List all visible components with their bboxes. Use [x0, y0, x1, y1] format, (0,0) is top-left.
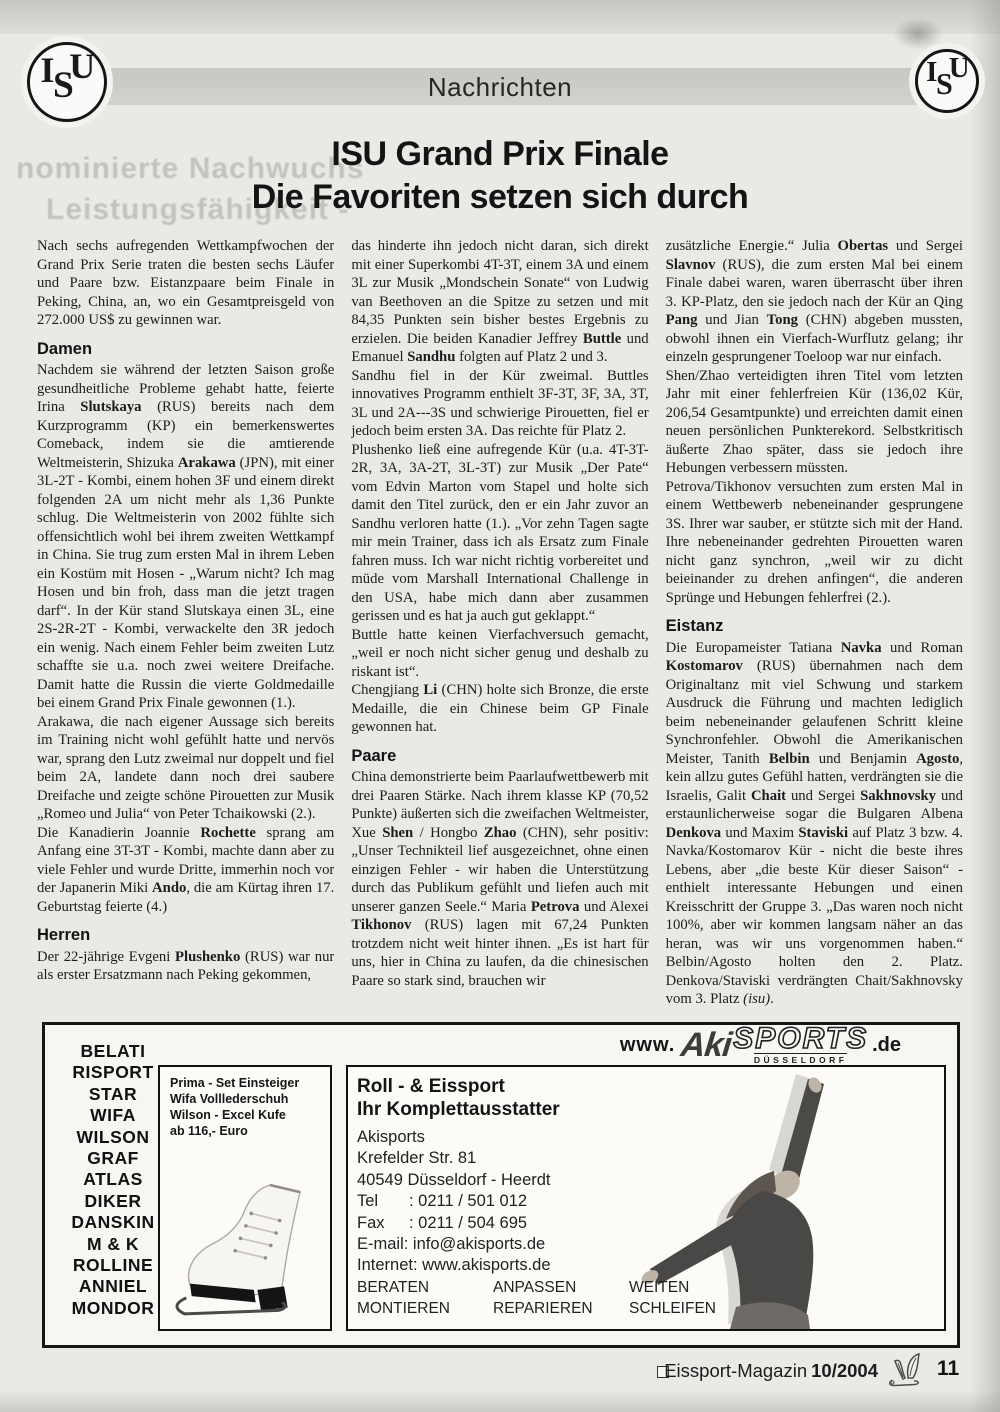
brand-item: STAR	[55, 1084, 171, 1105]
fax-value: : 0211 / 504 695	[409, 1214, 527, 1232]
brand-item: BELATI	[55, 1041, 171, 1062]
contact-tel: Tel: 0211 / 501 012	[357, 1191, 551, 1212]
service-item: REPARIEREN	[493, 1298, 629, 1319]
scan-shadow-bottom	[0, 1390, 1000, 1412]
brand-item: DANSKIN	[55, 1212, 171, 1233]
brand-item: ANNIEL	[55, 1276, 171, 1297]
contact-fax: Fax: 0211 / 504 695	[357, 1213, 551, 1234]
service-column: ANPASSENREPARIEREN	[493, 1277, 629, 1319]
article-column: Nach sechs aufregenden Wettkampfwochen d…	[37, 237, 334, 1023]
article-paragraph: Die Europameister Tatiana Navka und Roma…	[666, 639, 963, 1009]
brand-item: RISPORT	[55, 1062, 171, 1083]
article-column: zusätzliche Energie.“ Julia Obertas und …	[666, 237, 963, 1023]
magazine-issue: 10/2004	[811, 1360, 878, 1381]
article-paragraph: Arakawa, die nach eigener Aussage sich b…	[37, 713, 334, 824]
magazine-page: nominierte Nachwuchs Leistungsfähigkeit …	[0, 0, 1000, 1412]
contact-heading-line1: Roll - & Eissport	[357, 1075, 560, 1098]
article-paragraph: Der 22-jährige Evgeni Plushenko (RUS) wa…	[37, 948, 334, 985]
contact-street: Krefelder Str. 81	[357, 1148, 551, 1169]
services-list: BERATENMONTIERENANPASSENREPARIERENWEITEN…	[357, 1277, 765, 1319]
service-item: SCHLEIFEN	[629, 1298, 765, 1319]
article-paragraph: Buttle hatte keinen Vierfachversuch gema…	[351, 626, 648, 682]
article-paragraph: zusätzliche Energie.“ Julia Obertas und …	[666, 237, 963, 367]
brand-item: WIFA	[55, 1105, 171, 1126]
page-number: 11	[937, 1357, 959, 1381]
contact-box: Roll - & Eissport Ihr Komplettausstatter…	[346, 1065, 946, 1331]
article-paragraph: Chengjiang Li (CHN) holte sich Bronze, d…	[351, 681, 648, 737]
article-paragraph: Die Kanadierin Joannie Rochette sprang a…	[37, 824, 334, 917]
section-heading: Paare	[351, 747, 648, 766]
service-item: BERATEN	[357, 1277, 493, 1298]
brand-list: BELATIRISPORTSTARWIFAWILSONGRAFATLASDIKE…	[55, 1041, 171, 1319]
tel-value: : 0211 / 501 012	[409, 1192, 527, 1210]
service-column: BERATENMONTIEREN	[357, 1277, 493, 1319]
article-paragraph: China demonstrierte beim Paarlaufwettbew…	[351, 768, 648, 990]
product-line: Wifa Volllederschuh	[170, 1091, 299, 1107]
contact-heading: Roll - & Eissport Ihr Komplettausstatter	[357, 1075, 560, 1121]
ad-url-suffix: .de	[872, 1034, 901, 1057]
brand-item: ROLLINE	[55, 1255, 171, 1276]
article-paragraph: Plushenko ließ eine aufregende Kür (u.a.…	[351, 441, 648, 626]
ad-logo-sports-wrap: SPORTS DÜSSELDORF	[733, 1026, 868, 1065]
akisports-logo: www. Aki SPORTS DÜSSELDORF .de	[620, 1025, 901, 1065]
contact-email: E-mail: info@akisports.de	[357, 1234, 551, 1255]
brand-item: WILSON	[55, 1127, 171, 1148]
ad-logo-city: DÜSSELDORF	[754, 1053, 848, 1065]
tel-label: Tel	[357, 1191, 409, 1212]
contact-heading-line2: Ihr Komplettausstatter	[357, 1098, 560, 1121]
article-paragraph: Nachdem sie während der letzten Saison g…	[37, 361, 334, 713]
product-description: Prima - Set EinsteigerWifa Volllederschu…	[170, 1075, 299, 1139]
contact-internet: Internet: www.akisports.de	[357, 1255, 551, 1276]
section-heading: Eistanz	[666, 617, 963, 636]
product-box: Prima - Set EinsteigerWifa Volllederschu…	[158, 1065, 332, 1331]
brand-item: ATLAS	[55, 1169, 171, 1190]
skate-doodle-icon	[888, 1352, 926, 1388]
magazine-name: Eissport-Magazin	[664, 1360, 807, 1381]
article-title-line1: ISU Grand Prix Finale	[0, 135, 1000, 174]
ad-url-prefix: www.	[620, 1034, 675, 1057]
product-line: Prima - Set Einsteiger	[170, 1075, 299, 1091]
isu-logo-right: I S U	[915, 49, 979, 113]
brand-item: MONDOR	[55, 1298, 171, 1319]
contact-city: 40549 Düsseldorf - Heerdt	[357, 1170, 551, 1191]
ad-logo-sports: SPORTS	[733, 1026, 868, 1052]
akisports-ad: www. Aki SPORTS DÜSSELDORF .de BELATIRIS…	[42, 1022, 960, 1348]
article-paragraph: das hinderte ihn jedoch nicht daran, sic…	[351, 237, 648, 367]
brand-item: M & K	[55, 1234, 171, 1255]
fax-label: Fax	[357, 1213, 409, 1234]
service-item: WEITEN	[629, 1277, 765, 1298]
article-paragraph: Sandhu fiel in der Kür zweimal. Buttles …	[351, 367, 648, 441]
ice-skate-image	[165, 1165, 325, 1325]
article-paragraph: Nach sechs aufregenden Wettkampfwochen d…	[37, 237, 334, 330]
isu-logo-letter: U	[949, 54, 970, 83]
article-body: Nach sechs aufregenden Wettkampfwochen d…	[37, 237, 963, 1023]
product-line: Wilson - Excel Kufe	[170, 1107, 299, 1123]
isu-logo-letter: U	[69, 48, 95, 84]
footer-magazine-line: Eissport-Magazin10/2004	[664, 1360, 878, 1382]
scan-shadow-top	[0, 0, 1000, 34]
article-column: das hinderte ihn jedoch nicht daran, sic…	[351, 237, 648, 1023]
article-title-line2: Die Favoriten setzen sich durch	[0, 178, 1000, 217]
product-line: ab 116,- Euro	[170, 1123, 299, 1139]
service-column: WEITENSCHLEIFEN	[629, 1277, 765, 1319]
article-paragraph: Petrova/Tikhonov versuchten zum ersten M…	[666, 478, 963, 608]
section-title: Nachrichten	[0, 72, 1000, 103]
contact-address: Akisports Krefelder Str. 81 40549 Düssel…	[357, 1127, 551, 1277]
ad-logo-aki: Aki	[679, 1026, 733, 1065]
isu-logo-left: I S U	[27, 42, 107, 122]
service-item: MONTIEREN	[357, 1298, 493, 1319]
section-heading: Herren	[37, 926, 334, 945]
article-paragraph: Shen/Zhao verteidigten ihren Titel vom l…	[666, 367, 963, 478]
brand-item: GRAF	[55, 1148, 171, 1169]
section-heading: Damen	[37, 340, 334, 359]
contact-company: Akisports	[357, 1127, 551, 1148]
scan-smudge	[893, 18, 943, 50]
brand-item: DIKER	[55, 1191, 171, 1212]
service-item: ANPASSEN	[493, 1277, 629, 1298]
